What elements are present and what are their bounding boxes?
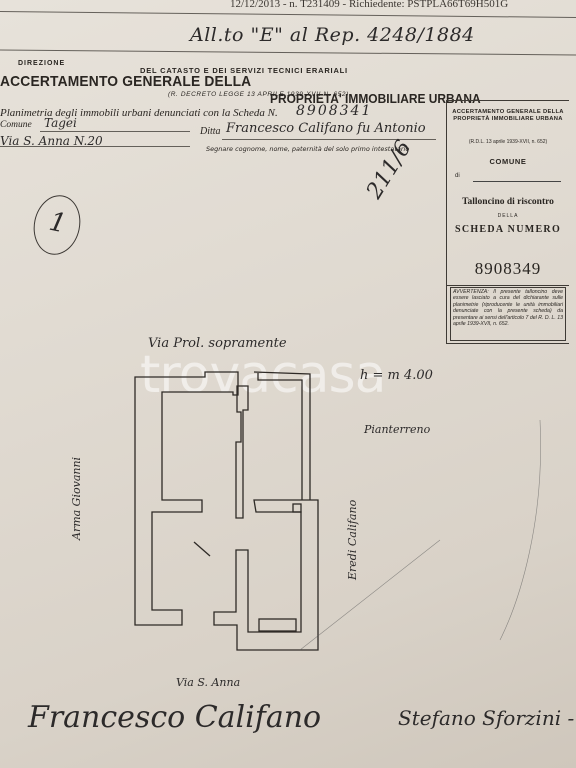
floor-plan: [0, 0, 576, 768]
signature-left: Francesco Califano: [28, 700, 321, 735]
signature-right: Stefano Sforzini - T: [398, 706, 576, 730]
